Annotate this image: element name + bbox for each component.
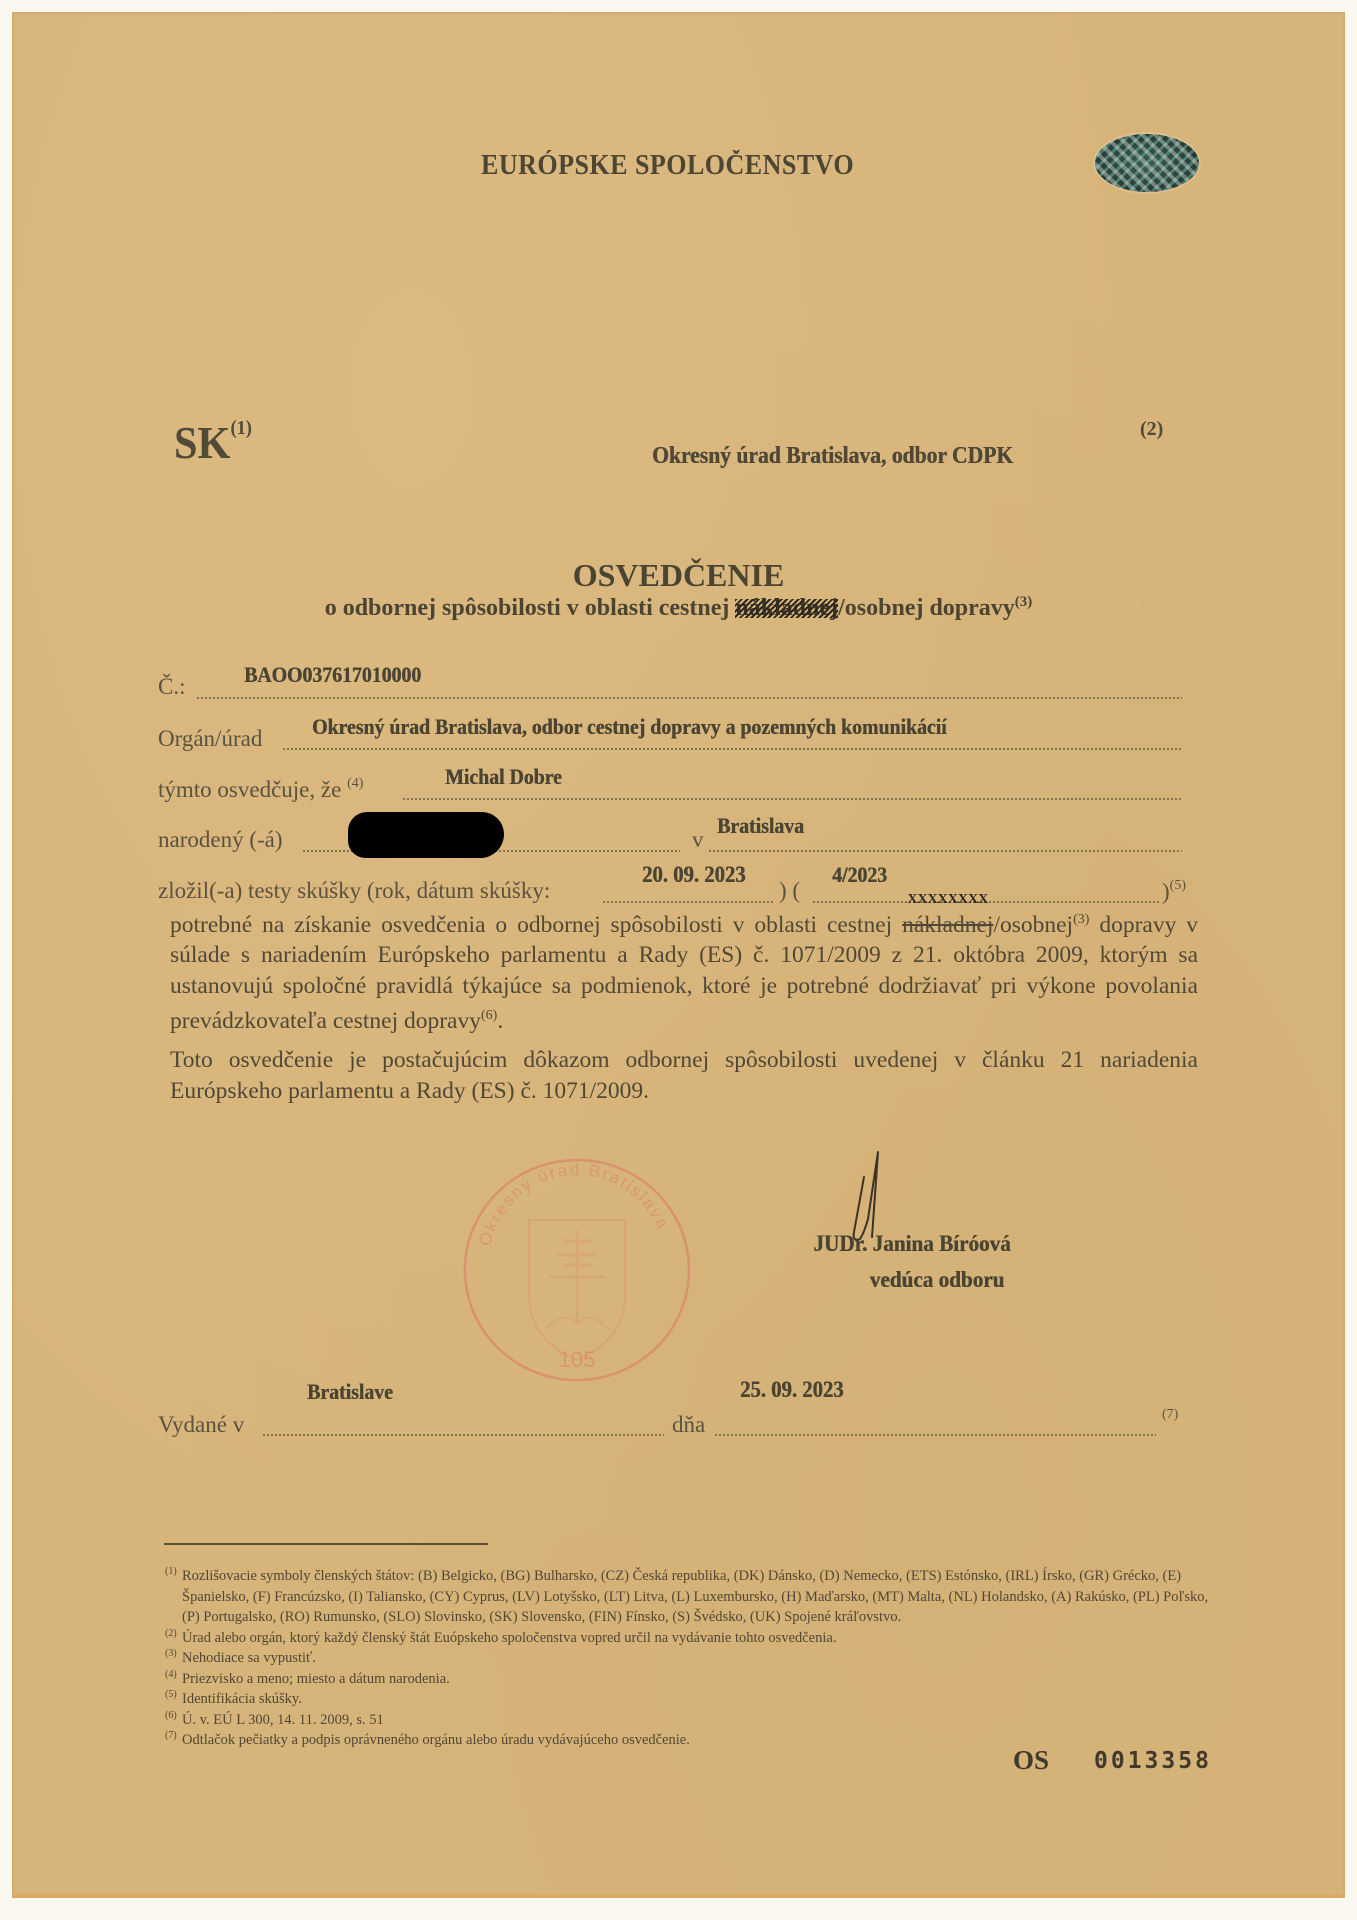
footnote-number: (4) (165, 1665, 177, 1686)
redaction-block (348, 812, 504, 858)
body-paragraph-2: Toto osvedčenie je postačujúcim dôkazom … (170, 1045, 1198, 1106)
paren: ( (792, 878, 800, 903)
issued-place: Bratislave (307, 1379, 393, 1405)
fn7: (7) (1162, 1407, 1178, 1422)
footnote-text: Priezvisko a meno; miesto a dátum narode… (182, 1671, 450, 1687)
issuing-authority: Okresný úrad Bratislava, odbor CDPK (652, 443, 1013, 470)
footnote-ref-3: (3) (1073, 912, 1089, 927)
footnote-6: (6)Ú. v. EÚ L 300, 14. 11. 2009, s. 51 (165, 1710, 1215, 1731)
footnote-text: Rozlišovacie symboly členských štátov: (… (182, 1568, 1208, 1625)
footnote-ref-2: (2) (1140, 418, 1163, 441)
para1-end: . (497, 1008, 503, 1034)
strike-mark: XXXXXXXX (902, 893, 993, 907)
dotted-line (402, 798, 1182, 800)
authority-label: Orgán/úrad (158, 726, 262, 751)
signer-position: vedúca odboru (753, 1267, 1121, 1293)
official-stamp-icon: Okresný úrad Bratislava 105 (457, 1155, 697, 1385)
footnote-text: Nehodiace sa vypustiť. (182, 1650, 316, 1666)
para1-mid: /osobnej (993, 912, 1073, 938)
stamp-ring-text: Okresný úrad Bratislava (475, 1160, 673, 1248)
struck-word: XXXXXXXXnákladnej (902, 910, 993, 941)
number-label: Č.: (158, 674, 185, 699)
footnote-5: (5)Identifikácia skúšky. (165, 1689, 1215, 1710)
footnote-4: (4)Priezvisko a meno; miesto a dátum nar… (165, 1669, 1215, 1690)
footnote-text: Identifikácia skúšky. (182, 1691, 302, 1707)
footnote-ref-7: (7) (1162, 1407, 1202, 1434)
certificate-number: BAOO037617010000 (244, 662, 421, 688)
exam-id: 4/2023 (832, 862, 887, 888)
footnote-1: (1)Rozlišovacie symboly členských štátov… (165, 1566, 1215, 1628)
footnote-ref-3: (3) (1015, 594, 1033, 610)
certifies-label: týmto osvedčuje, že (158, 777, 341, 802)
document-title: OSVEDČENIE (12, 557, 1345, 594)
footnote-7: (7)Odtlačok pečiatky a podpis oprávnenéh… (165, 1730, 1215, 1751)
document-subtitle: o odbornej spôsobilosti v oblasti cestne… (12, 594, 1345, 622)
dotted-line (282, 748, 1182, 750)
authority-value: Okresný úrad Bratislava, odbor cestnej d… (312, 714, 947, 740)
country-code: SK(1) (174, 416, 252, 469)
footnote-ref-4: (4) (347, 776, 363, 791)
footnote-ref-5: (5) (1170, 878, 1186, 893)
para1-start: potrebné na získanie osvedčenia o odborn… (170, 912, 892, 938)
struck-word: nákladnej (735, 595, 838, 622)
dotted-line (602, 901, 774, 903)
struck-text: nákladnej (902, 912, 993, 938)
born-label: narodený (-á) (158, 827, 283, 852)
stamp-number: 105 (559, 1347, 596, 1372)
exam-label: zložil(-a) testy skúšky (rok, dátum skúš… (158, 878, 550, 903)
serial-prefix: OS (1013, 1745, 1049, 1776)
footnote-number: (5) (165, 1685, 177, 1706)
footnote-ref-1: (1) (230, 417, 251, 439)
footnote-number: (2) (165, 1624, 177, 1645)
subtitle-prefix: o odbornej spôsobilosti v oblasti cestne… (325, 595, 730, 621)
birth-place: Bratislava (717, 813, 804, 839)
footnote-2: (2)Úrad alebo orgán, ktorý každý členský… (165, 1628, 1215, 1649)
dotted-line (708, 850, 1182, 852)
footnote-ref-6: (6) (481, 1008, 497, 1023)
hologram-seal-icon (1095, 134, 1199, 192)
dotted-line (262, 1434, 664, 1436)
body-paragraph-1: potrebné na získanie osvedčenia o odborn… (170, 905, 1198, 1037)
exam-parens: ) ( (779, 878, 809, 904)
footnote-separator (164, 1543, 488, 1545)
footnote-number: (6) (165, 1706, 177, 1727)
footnote-number: (1) (165, 1562, 177, 1583)
footnote-text: Ú. v. EÚ L 300, 14. 11. 2009, s. 51 (182, 1712, 384, 1728)
certificate-page: EURÓPSKE SPOLOČENSTVO SK(1) (2) Okresný … (12, 12, 1345, 1896)
country-code-text: SK (174, 417, 230, 468)
footnote-3: (3)Nehodiace sa vypustiť. (165, 1648, 1215, 1669)
svg-text:Okresný úrad Bratislava: Okresný úrad Bratislava (475, 1160, 673, 1248)
community-title: EURÓPSKE SPOLOČENSTVO (481, 150, 854, 182)
footnote-number: (3) (165, 1644, 177, 1665)
dotted-line (714, 1434, 1156, 1436)
serial-number: 0013358 (1094, 1748, 1212, 1774)
footnote-text: Úrad alebo orgán, ktorý každý členský št… (182, 1630, 836, 1646)
dotted-line (196, 697, 1182, 699)
issued-place-label: Vydané v (158, 1412, 244, 1437)
exam-date: 20. 09. 2023 (642, 862, 746, 888)
footnote-text: Odtlačok pečiatky a podpis oprávneného o… (182, 1732, 690, 1748)
holder-name: Michal Dobre (445, 764, 562, 790)
paren: ) (779, 878, 787, 903)
footnote-number: (7) (165, 1726, 177, 1747)
paren: ) (1162, 879, 1170, 904)
footnotes: (1)Rozlišovacie symboly členských štátov… (165, 1566, 1215, 1751)
subtitle-suffix: /osobnej dopravy (838, 595, 1015, 621)
issued-date: 25. 09. 2023 (740, 1377, 844, 1403)
exam-end: )(5) (1162, 878, 1202, 905)
signer-name: JUDr. Janina Bíróová (728, 1231, 1096, 1257)
